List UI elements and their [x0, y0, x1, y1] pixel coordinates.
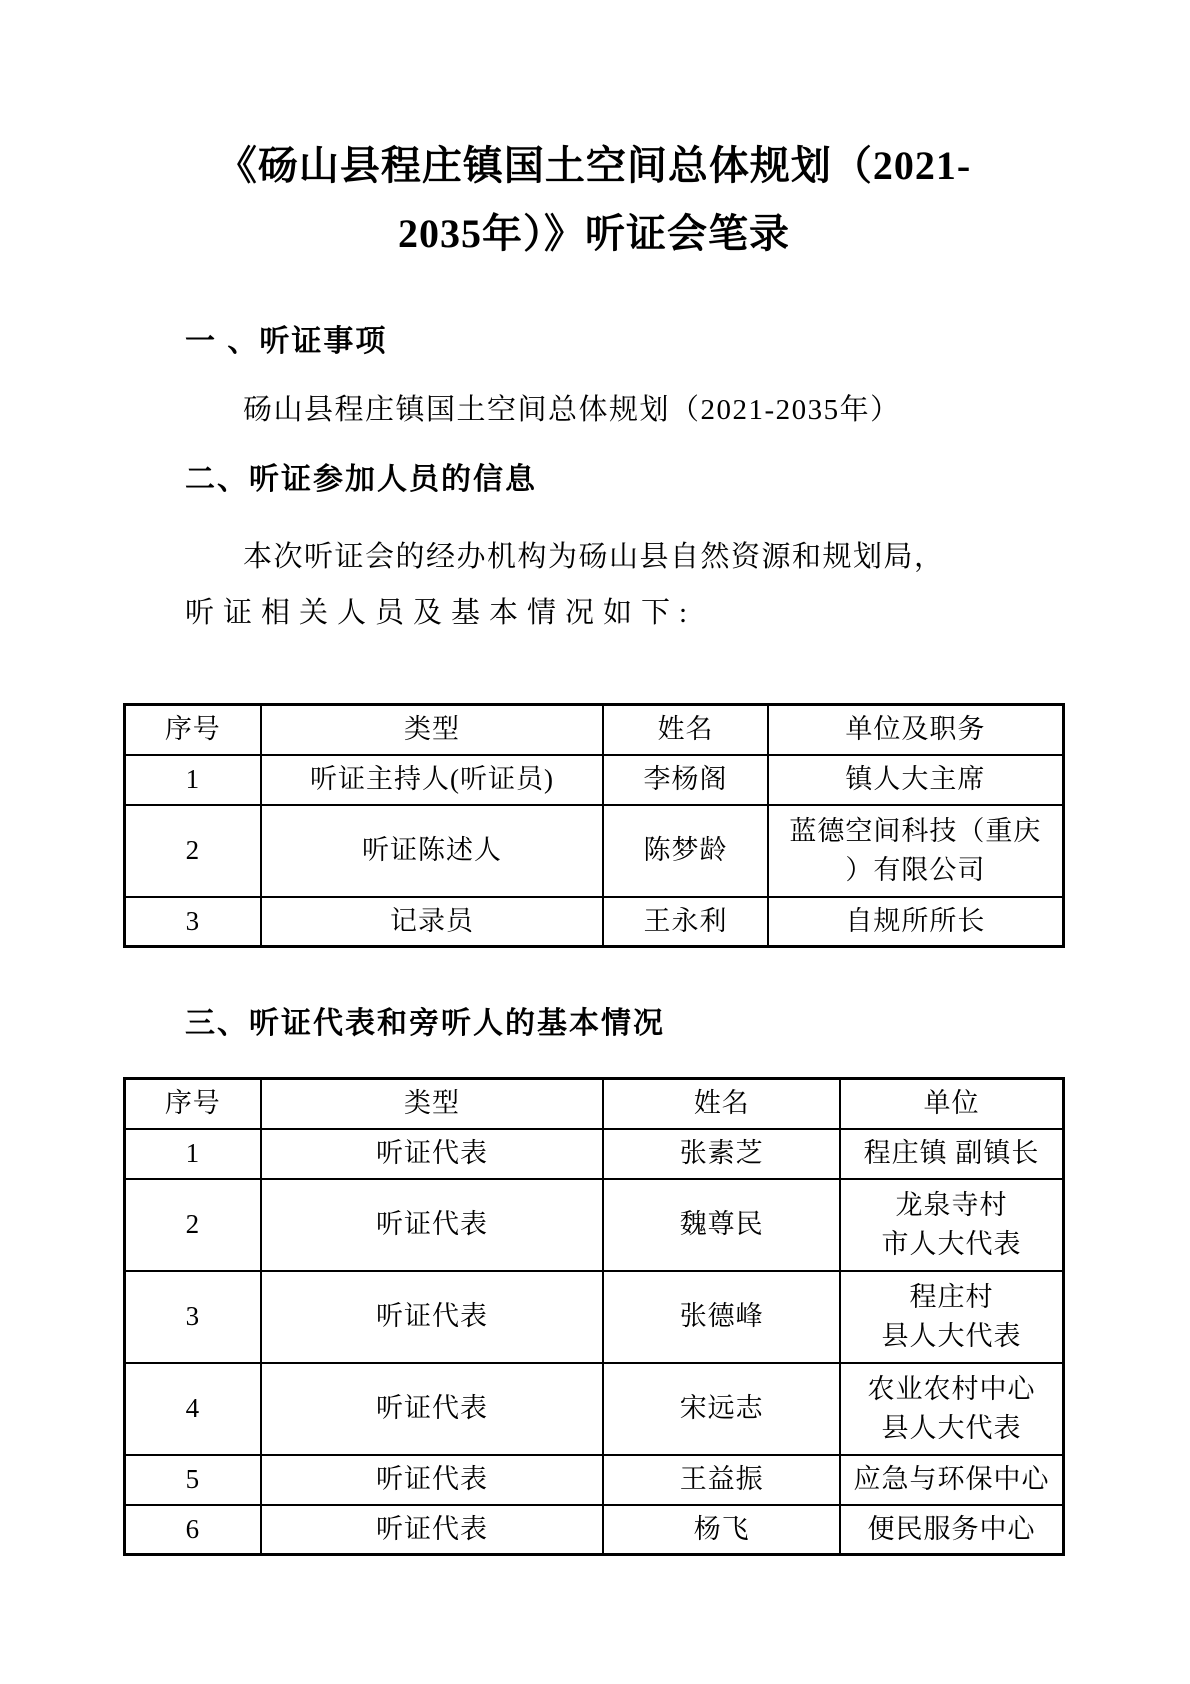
- cell-index: 1: [125, 1129, 261, 1179]
- participants-header-row: 序号 类型 姓名 单位及职务: [125, 705, 1064, 755]
- cell-unit: 蓝德空间科技（重庆 ）有限公司: [768, 805, 1064, 897]
- cell-index: 4: [125, 1363, 261, 1455]
- header-cell-type: 类型: [261, 705, 604, 755]
- cell-name: 王永利: [603, 897, 767, 947]
- document-page: 《砀山县程庄镇国土空间总体规划（2021- 2035年）》听证会笔录 一 、听证…: [0, 0, 1190, 1684]
- cell-index: 2: [125, 805, 261, 897]
- cell-type: 听证代表: [261, 1129, 604, 1179]
- header-cell-index: 序号: [125, 705, 261, 755]
- cell-unit: 程庄村 县人大代表: [840, 1271, 1064, 1363]
- header-cell-unit: 单位: [840, 1079, 1064, 1129]
- cell-unit: 自规所所长: [768, 897, 1064, 947]
- cell-index: 3: [125, 1271, 261, 1363]
- header-cell-index: 序号: [125, 1079, 261, 1129]
- cell-type: 听证主持人(听证员): [261, 755, 604, 805]
- cell-index: 3: [125, 897, 261, 947]
- cell-unit: 农业农村中心 县人大代表: [840, 1363, 1064, 1455]
- section-2-body-line-1: 本次听证会的经办机构为砀山县自然资源和规划局，: [123, 529, 1065, 585]
- cell-unit: 程庄镇 副镇长: [840, 1129, 1064, 1179]
- cell-type: 听证代表: [261, 1505, 604, 1555]
- table-row: 1 听证代表 张素芝 程庄镇 副镇长: [125, 1129, 1064, 1179]
- header-cell-name: 姓名: [603, 705, 767, 755]
- cell-unit: 龙泉寺村 市人大代表: [840, 1179, 1064, 1271]
- cell-type: 听证陈述人: [261, 805, 604, 897]
- cell-unit: 应急与环保中心: [840, 1455, 1064, 1505]
- section-2-heading: 二、听证参加人员的信息: [123, 460, 1065, 499]
- cell-name: 李杨阁: [603, 755, 767, 805]
- cell-type: 听证代表: [261, 1455, 604, 1505]
- cell-name: 陈梦龄: [603, 805, 767, 897]
- cell-index: 1: [125, 755, 261, 805]
- table-row: 3 听证代表 张德峰 程庄村 县人大代表: [125, 1271, 1064, 1363]
- cell-name: 杨飞: [603, 1505, 840, 1555]
- table-row: 2 听证陈述人 陈梦龄 蓝德空间科技（重庆 ）有限公司: [125, 805, 1064, 897]
- table-row: 6 听证代表 杨飞 便民服务中心: [125, 1505, 1064, 1555]
- cell-type: 听证代表: [261, 1363, 604, 1455]
- representatives-header-row: 序号 类型 姓名 单位: [125, 1079, 1064, 1129]
- participants-table: 序号 类型 姓名 单位及职务 1 听证主持人(听证员) 李杨阁 镇人大主席 2 …: [123, 703, 1065, 948]
- table-row: 2 听证代表 魏尊民 龙泉寺村 市人大代表: [125, 1179, 1064, 1271]
- cell-name: 张素芝: [603, 1129, 840, 1179]
- table-row: 5 听证代表 王益振 应急与环保中心: [125, 1455, 1064, 1505]
- section-2-body-line-2: 听证相关人员及基本情况如下:: [123, 585, 1065, 641]
- header-cell-type: 类型: [261, 1079, 604, 1129]
- section-1-body: 砀山县程庄镇国土空间总体规划（2021-2035年）: [123, 391, 1065, 430]
- cell-unit: 便民服务中心: [840, 1505, 1064, 1555]
- cell-unit: 镇人大主席: [768, 755, 1064, 805]
- cell-name: 魏尊民: [603, 1179, 840, 1271]
- cell-index: 2: [125, 1179, 261, 1271]
- cell-name: 张德峰: [603, 1271, 840, 1363]
- cell-type: 听证代表: [261, 1179, 604, 1271]
- cell-name: 宋远志: [603, 1363, 840, 1455]
- section-3-heading: 三、听证代表和旁听人的基本情况: [123, 1004, 1065, 1043]
- header-cell-name: 姓名: [603, 1079, 840, 1129]
- header-cell-unit-title: 单位及职务: [768, 705, 1064, 755]
- table-row: 3 记录员 王永利 自规所所长: [125, 897, 1064, 947]
- cell-name: 王益振: [603, 1455, 840, 1505]
- representatives-table: 序号 类型 姓名 单位 1 听证代表 张素芝 程庄镇 副镇长 2 听证代表 魏尊…: [123, 1077, 1065, 1556]
- table-row: 1 听证主持人(听证员) 李杨阁 镇人大主席: [125, 755, 1064, 805]
- table-row: 4 听证代表 宋远志 农业农村中心 县人大代表: [125, 1363, 1064, 1455]
- section-1-heading: 一 、听证事项: [123, 322, 1065, 361]
- document-title: 《砀山县程庄镇国土空间总体规划（2021- 2035年）》听证会笔录: [123, 132, 1065, 268]
- cell-index: 5: [125, 1455, 261, 1505]
- cell-type: 记录员: [261, 897, 604, 947]
- cell-type: 听证代表: [261, 1271, 604, 1363]
- cell-index: 6: [125, 1505, 261, 1555]
